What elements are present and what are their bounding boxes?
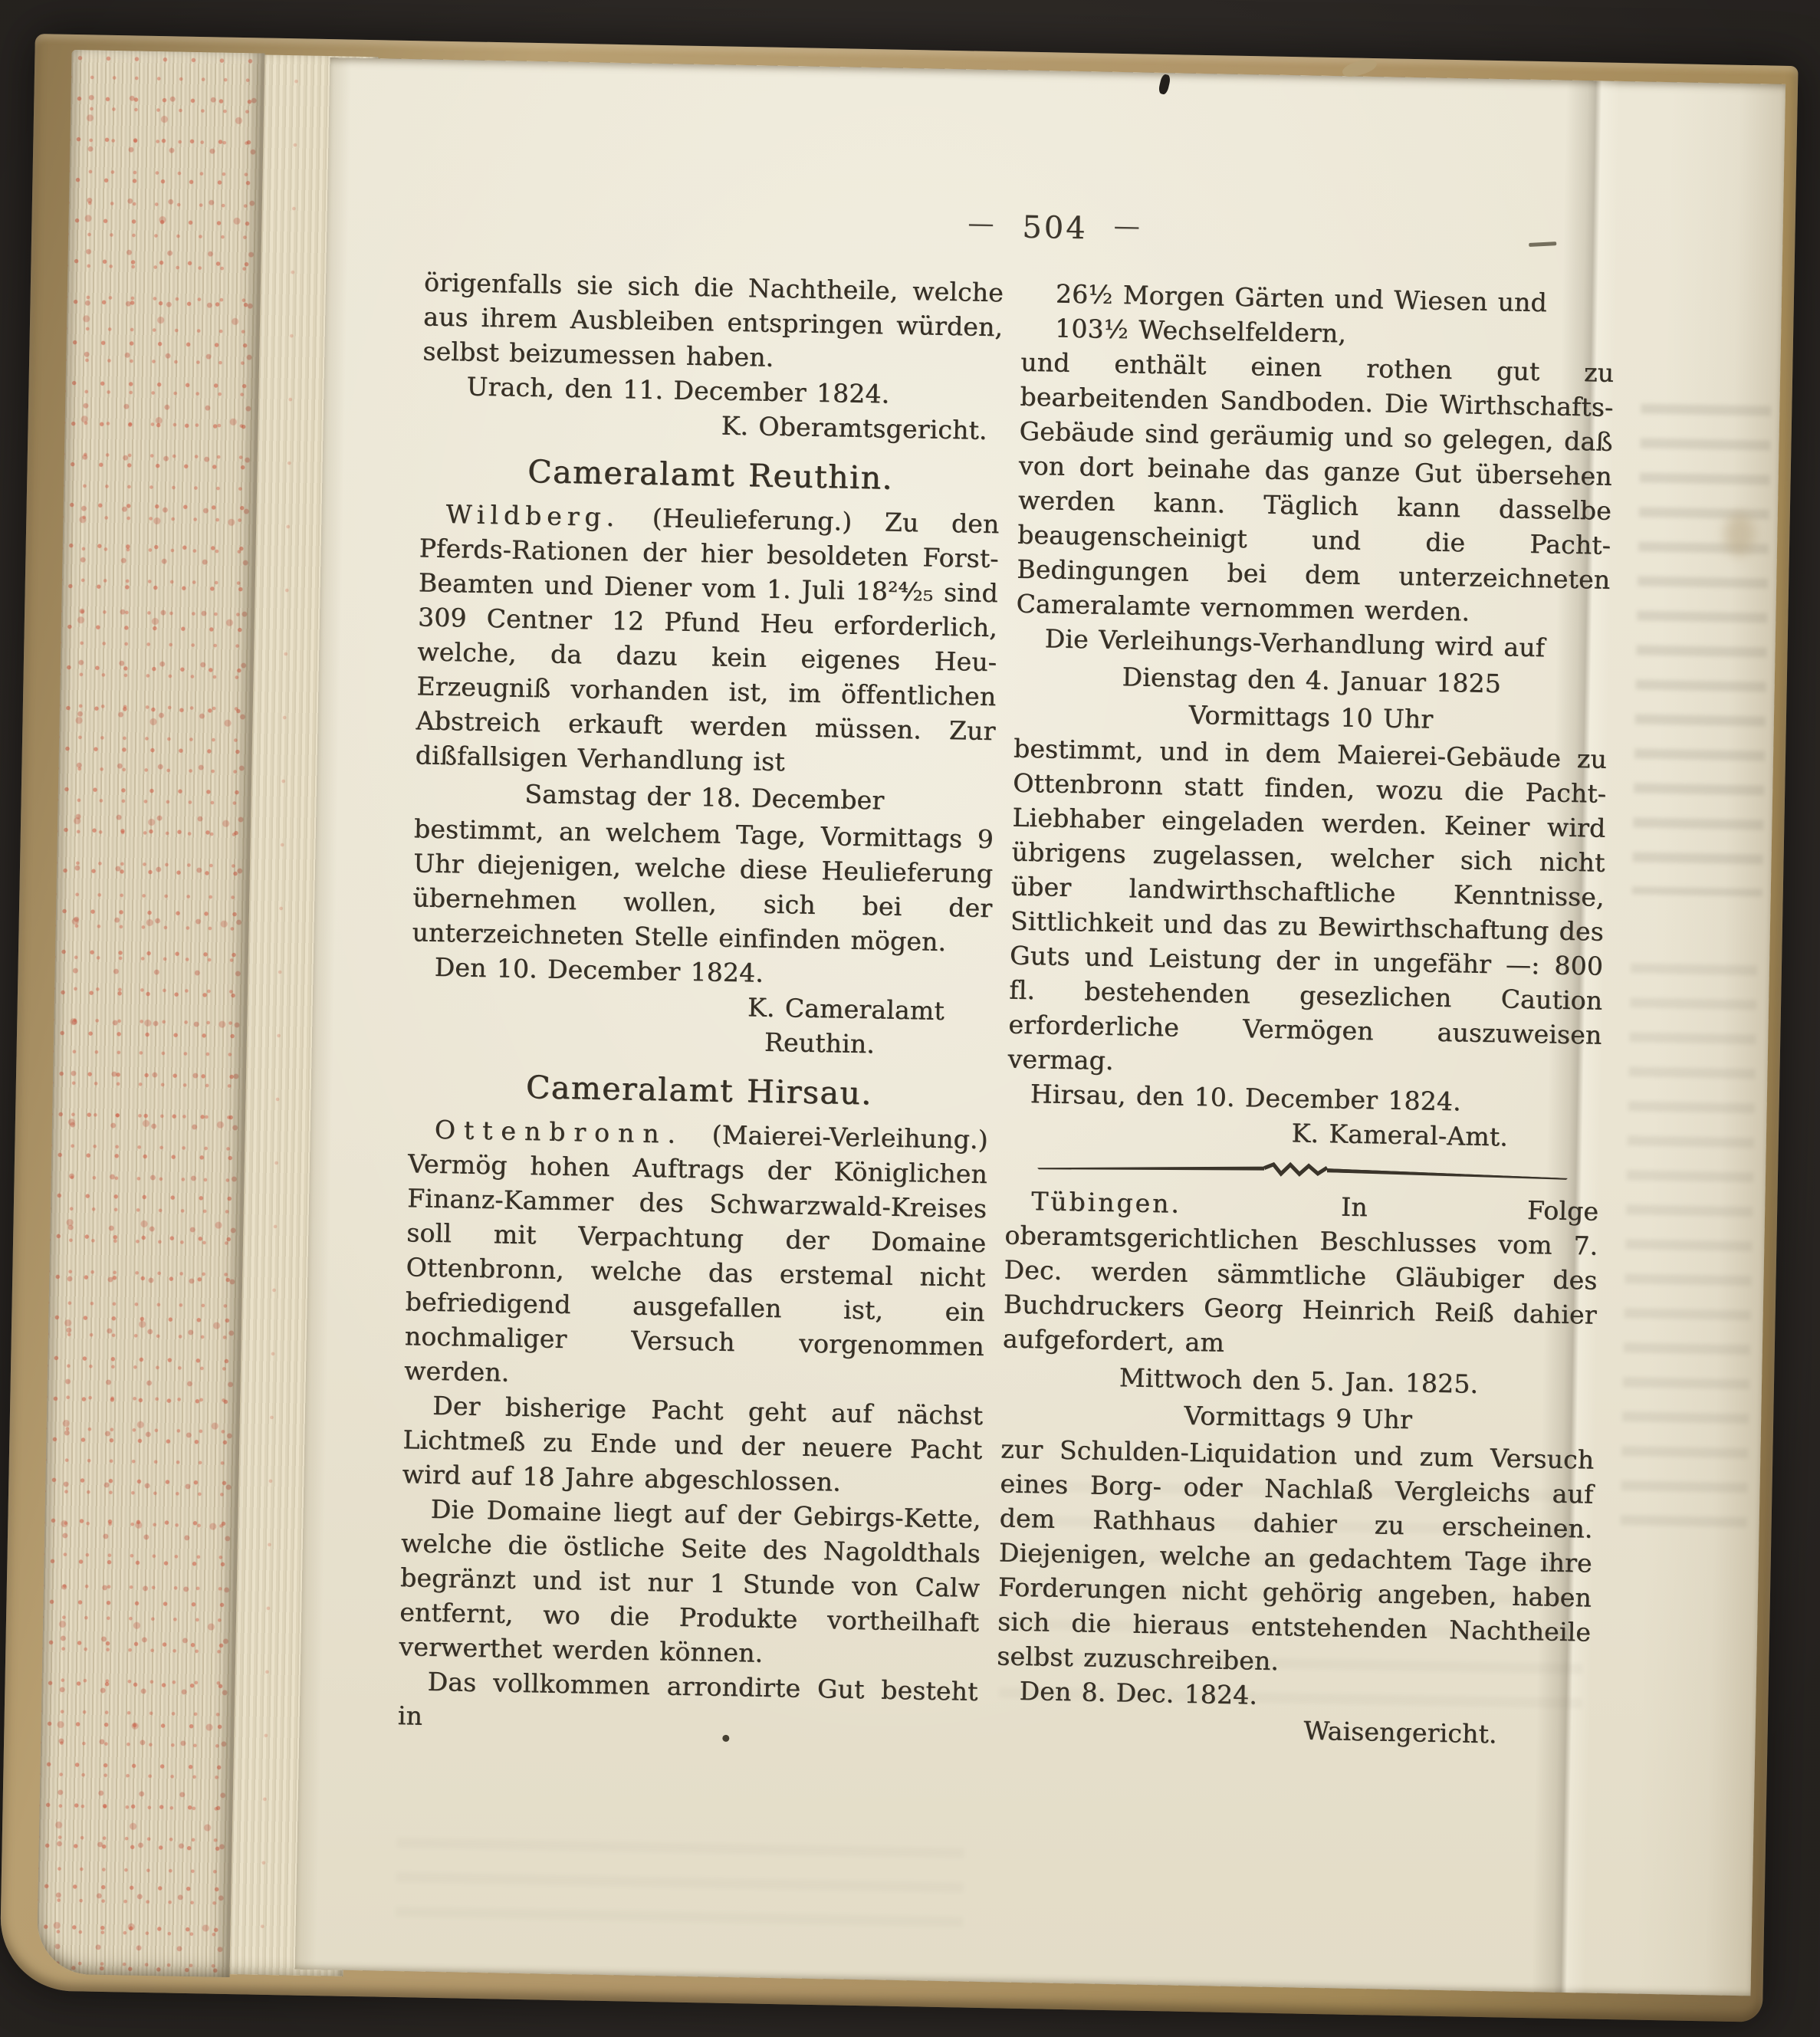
right-column: 26½ Morgen Gärten und Wiesen und 103½ We… (995, 276, 1615, 1753)
paragraph-text: (Heulieferung.) Zu den Pferds-Rationen d… (415, 503, 999, 777)
section-divider-rule (1034, 1156, 1571, 1186)
ink-bleedthrough (1620, 963, 1757, 1548)
paragraph-domaine-lage: Die Domaine liegt auf der Gebirgs-Kette,… (399, 1491, 981, 1674)
ink-bleedthrough (396, 1838, 964, 1940)
paragraph-tuebingen: Tübingen. In Folge oberamtsgerichtlichen… (1003, 1183, 1599, 1366)
paragraph-continued: örigenfalls sie sich die Nachtheile, wel… (422, 264, 1004, 379)
paragraph-ottenbronn: Ottenbronn. (Maierei-Verleihung.) Vermög… (404, 1112, 988, 1398)
heading-cameralamt-hirsau: Cameralamt Hirsau. (409, 1068, 989, 1113)
book: —504— örigenfalls sie sich die Nachtheil… (0, 31, 1799, 2026)
place-name-tuebingen: Tübingen. (1031, 1186, 1181, 1219)
paragraph-sandboden: und enthält einen rothen gut zu bearbeit… (1016, 345, 1614, 632)
place-name-wildberg: Wildberg. (445, 499, 619, 532)
place-name-ottenbronn: Ottenbronn. (434, 1115, 684, 1149)
page-number-dash-right: — (1113, 211, 1142, 242)
page-number-value: 504 (1022, 210, 1088, 247)
left-column: örigenfalls sie sich die Nachtheile, wel… (397, 264, 1004, 1743)
ink-bleedthrough (1632, 403, 1772, 896)
paragraph-wildberg: Wildberg. (Heulieferung.) Zu den Pferds-… (415, 496, 999, 783)
paragraph-bedingungen: bestimmt, und in dem Maierei-Gebäude zu … (1007, 731, 1607, 1087)
paragraph-gut-besteht: Das vollkommen arrondirte Gut besteht in (397, 1664, 978, 1743)
paragraph-schulden-liquidation: zur Schulden-Liquidation und zum Versuch… (997, 1431, 1595, 1684)
page-fore-edge-stack (37, 50, 265, 1977)
paper-smudge (1724, 512, 1756, 556)
book-page: —504— örigenfalls sie sich die Nachtheil… (295, 57, 1786, 1996)
heading-cameralamt-reuthin: Cameralamt Reuthin. (420, 452, 1000, 498)
scanned-book-photo: —504— örigenfalls sie sich die Nachtheil… (0, 0, 1820, 2037)
page-number-dash-left: — (967, 208, 997, 239)
paragraph-text: (Maierei-Verleihung.) Vermög hohen Auftr… (404, 1119, 988, 1387)
paragraph-bestimmt: bestimmt, an welchem Tage, Vormittags 9 … (412, 811, 994, 960)
paragraph-pacht: Der bisherige Pacht geht auf nächst Lich… (402, 1388, 983, 1502)
